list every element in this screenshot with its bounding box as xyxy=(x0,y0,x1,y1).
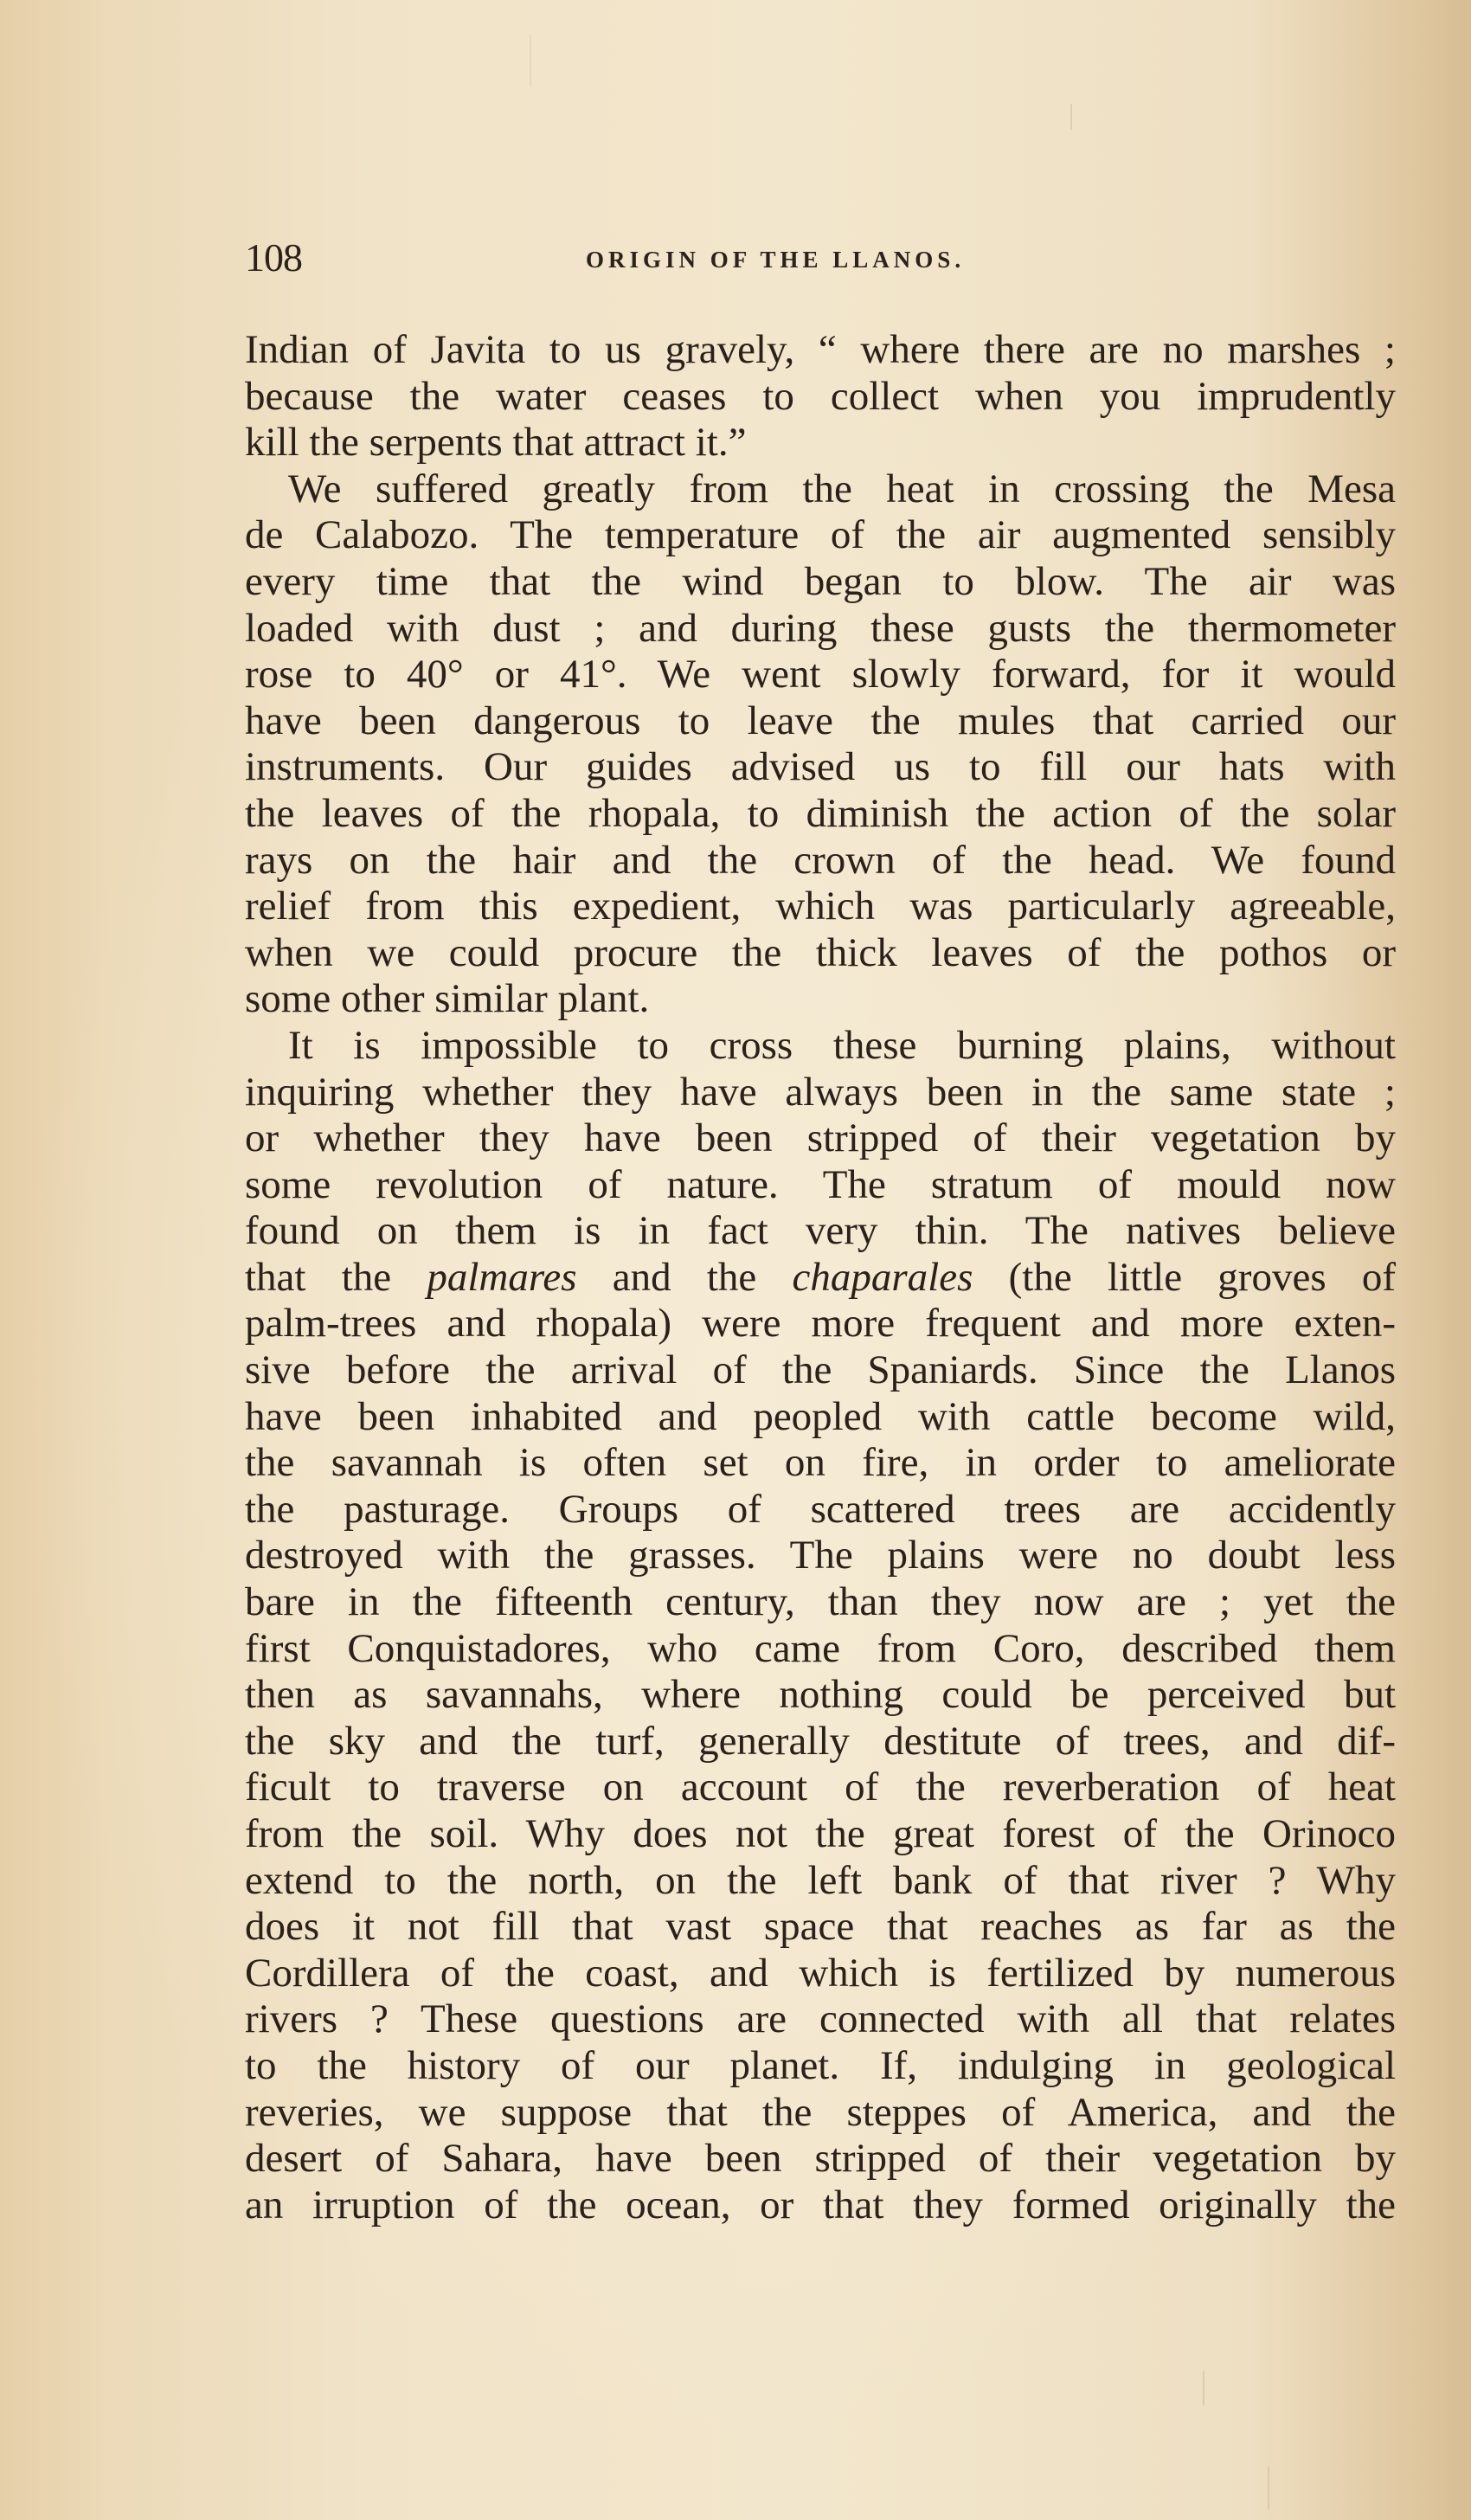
text-line: some revolution of nature. The stratum o… xyxy=(245,1162,1396,1209)
text-segment: instruments. Our guides advised us to fi… xyxy=(245,744,1396,789)
text-segment: when we could procure the thick leaves o… xyxy=(245,930,1396,975)
text-line: destroyed with the grasses. The plains w… xyxy=(245,1533,1396,1579)
text-line: bare in the fifteenth century, than they… xyxy=(245,1579,1396,1626)
text-segment: does it not fill that vast space that re… xyxy=(245,1904,1396,1949)
text-segment: ficult to traverse on account of the rev… xyxy=(245,1765,1396,1810)
text-line: the pasturage. Groups of scattered trees… xyxy=(245,1487,1396,1533)
text-segment: (the little groves of xyxy=(973,1255,1396,1300)
text-segment: the pasturage. Groups of scattered trees… xyxy=(245,1487,1396,1532)
text-line: inquiring whether they have always been … xyxy=(245,1070,1396,1116)
text-line: ficult to traverse on account of the rev… xyxy=(245,1765,1396,1811)
text-line: loaded with dust ; and during these gust… xyxy=(245,606,1396,652)
text-line: instruments. Our guides advised us to fi… xyxy=(245,744,1396,791)
text-segment: rays on the hair and the crown of the he… xyxy=(245,838,1396,883)
text-segment: then as savannahs, where nothing could b… xyxy=(245,1672,1396,1717)
text-line: then as savannahs, where nothing could b… xyxy=(245,1672,1396,1719)
text-segment: loaded with dust ; and during these gust… xyxy=(245,606,1396,651)
text-line: palm-trees and rhopala) were more freque… xyxy=(245,1301,1396,1347)
text-segment: the leaves of the rhopala, to diminish t… xyxy=(245,791,1396,836)
text-line: that the palmares and the chaparales (th… xyxy=(245,1255,1396,1302)
text-line: de Calabozo. The temperature of the air … xyxy=(245,512,1396,559)
text-segment: to the history of our planet. If, indulg… xyxy=(245,2043,1396,2088)
text-segment: rose to 40° or 41°. We went slowly forwa… xyxy=(245,652,1396,697)
text-segment: inquiring whether they have always been … xyxy=(245,1070,1396,1115)
text-line: extend to the north, on the left bank of… xyxy=(245,1858,1396,1905)
text-segment: extend to the north, on the left bank of… xyxy=(245,1858,1396,1903)
text-line: from the soil. Why does not the great fo… xyxy=(245,1811,1396,1858)
text-segment: sive before the arrival of the Spaniards… xyxy=(245,1347,1396,1392)
text-segment: desert of Sahara, have been stripped of … xyxy=(245,2136,1396,2181)
text-line: found on them is in fact very thin. The … xyxy=(245,1208,1396,1255)
page-number: 108 xyxy=(245,234,302,282)
running-head: 108 Origin of the Llanos. xyxy=(245,234,1396,282)
text-line: an irruption of the ocean, or that they … xyxy=(245,2182,1396,2229)
text-line: Indian of Javita to us gravely, “ where … xyxy=(245,327,1396,374)
text-segment: Indian of Javita to us gravely, “ where … xyxy=(245,327,1396,372)
text-segment: have been dangerous to leave the mules t… xyxy=(245,698,1396,743)
text-line: or whether they have been stripped of th… xyxy=(245,1115,1396,1162)
text-line: have been dangerous to leave the mules t… xyxy=(245,698,1396,745)
text-segment: Cordillera of the coast, and which is fe… xyxy=(245,1951,1396,1996)
text-segment: and the xyxy=(577,1255,793,1300)
text-segment: every time that the wind began to blow. … xyxy=(245,559,1396,604)
book-page: 108 Origin of the Llanos. Indian of Javi… xyxy=(0,0,1471,2520)
text-line: because the water ceases to collect when… xyxy=(245,374,1396,421)
paper-fiber xyxy=(1203,2371,1204,2406)
text-segment: relief from this expedient, which was pa… xyxy=(245,884,1396,929)
italic-term: chaparales xyxy=(793,1255,973,1300)
text-line: It is impossible to cross these burning … xyxy=(245,1023,1396,1070)
text-segment: kill the serpents that attract it.” xyxy=(245,420,746,465)
text-line: sive before the arrival of the Spaniards… xyxy=(245,1347,1396,1394)
text-segment: rivers ? These questions are connected w… xyxy=(245,1996,1396,2041)
paper-fiber xyxy=(1070,104,1072,130)
text-line: every time that the wind began to blow. … xyxy=(245,559,1396,606)
body-text: Indian of Javita to us gravely, “ where … xyxy=(245,327,1396,2228)
text-segment: It is impossible to cross these burning … xyxy=(288,1023,1396,1068)
text-line: does it not fill that vast space that re… xyxy=(245,1904,1396,1951)
italic-term: palmares xyxy=(427,1255,576,1300)
text-segment: an irruption of the ocean, or that they … xyxy=(245,2182,1396,2227)
text-line: first Conquistadores, who came from Coro… xyxy=(245,1626,1396,1673)
text-segment: the savannah is often set on fire, in or… xyxy=(245,1440,1396,1485)
text-line: the sky and the turf, generally destitut… xyxy=(245,1719,1396,1765)
text-line: kill the serpents that attract it.” xyxy=(245,420,1396,466)
text-line: We suffered greatly from the heat in cro… xyxy=(245,466,1396,513)
text-segment: some revolution of nature. The stratum o… xyxy=(245,1162,1396,1207)
text-line: rays on the hair and the crown of the he… xyxy=(245,838,1396,884)
text-segment: We suffered greatly from the heat in cro… xyxy=(288,466,1396,511)
text-segment: bare in the fifteenth century, than they… xyxy=(245,1579,1396,1624)
text-segment: because the water ceases to collect when… xyxy=(245,374,1396,419)
text-line: rose to 40° or 41°. We went slowly forwa… xyxy=(245,652,1396,698)
text-line: the leaves of the rhopala, to diminish t… xyxy=(245,791,1396,838)
text-line: reveries, we suppose that the steppes of… xyxy=(245,2090,1396,2137)
text-segment: that the xyxy=(245,1255,427,1300)
text-segment: first Conquistadores, who came from Coro… xyxy=(245,1626,1396,1671)
text-segment: or whether they have been stripped of th… xyxy=(245,1115,1396,1160)
text-line: desert of Sahara, have been stripped of … xyxy=(245,2136,1396,2182)
text-line: Cordillera of the coast, and which is fe… xyxy=(245,1951,1396,1997)
text-segment: found on them is in fact very thin. The … xyxy=(245,1208,1396,1253)
text-segment: some other similar plant. xyxy=(245,976,649,1021)
text-line: the savannah is often set on fire, in or… xyxy=(245,1440,1396,1487)
text-segment: palm-trees and rhopala) were more freque… xyxy=(245,1301,1396,1346)
paper-fiber xyxy=(530,35,531,87)
text-segment: from the soil. Why does not the great fo… xyxy=(245,1811,1396,1856)
text-segment: reveries, we suppose that the steppes of… xyxy=(245,2090,1396,2135)
text-line: have been inhabited and peopled with cat… xyxy=(245,1394,1396,1441)
text-segment: destroyed with the grasses. The plains w… xyxy=(245,1533,1396,1578)
text-line: relief from this expedient, which was pa… xyxy=(245,884,1396,930)
text-segment: the sky and the turf, generally destitut… xyxy=(245,1719,1396,1764)
text-segment: de Calabozo. The temperature of the air … xyxy=(245,512,1396,557)
text-segment: have been inhabited and peopled with cat… xyxy=(245,1394,1396,1439)
text-line: some other similar plant. xyxy=(245,976,1396,1023)
text-line: when we could procure the thick leaves o… xyxy=(245,930,1396,977)
text-line: rivers ? These questions are connected w… xyxy=(245,1996,1396,2043)
chapter-header-title: Origin of the Llanos. xyxy=(586,242,965,277)
paper-fiber xyxy=(1268,2466,1269,2510)
text-line: to the history of our planet. If, indulg… xyxy=(245,2043,1396,2090)
